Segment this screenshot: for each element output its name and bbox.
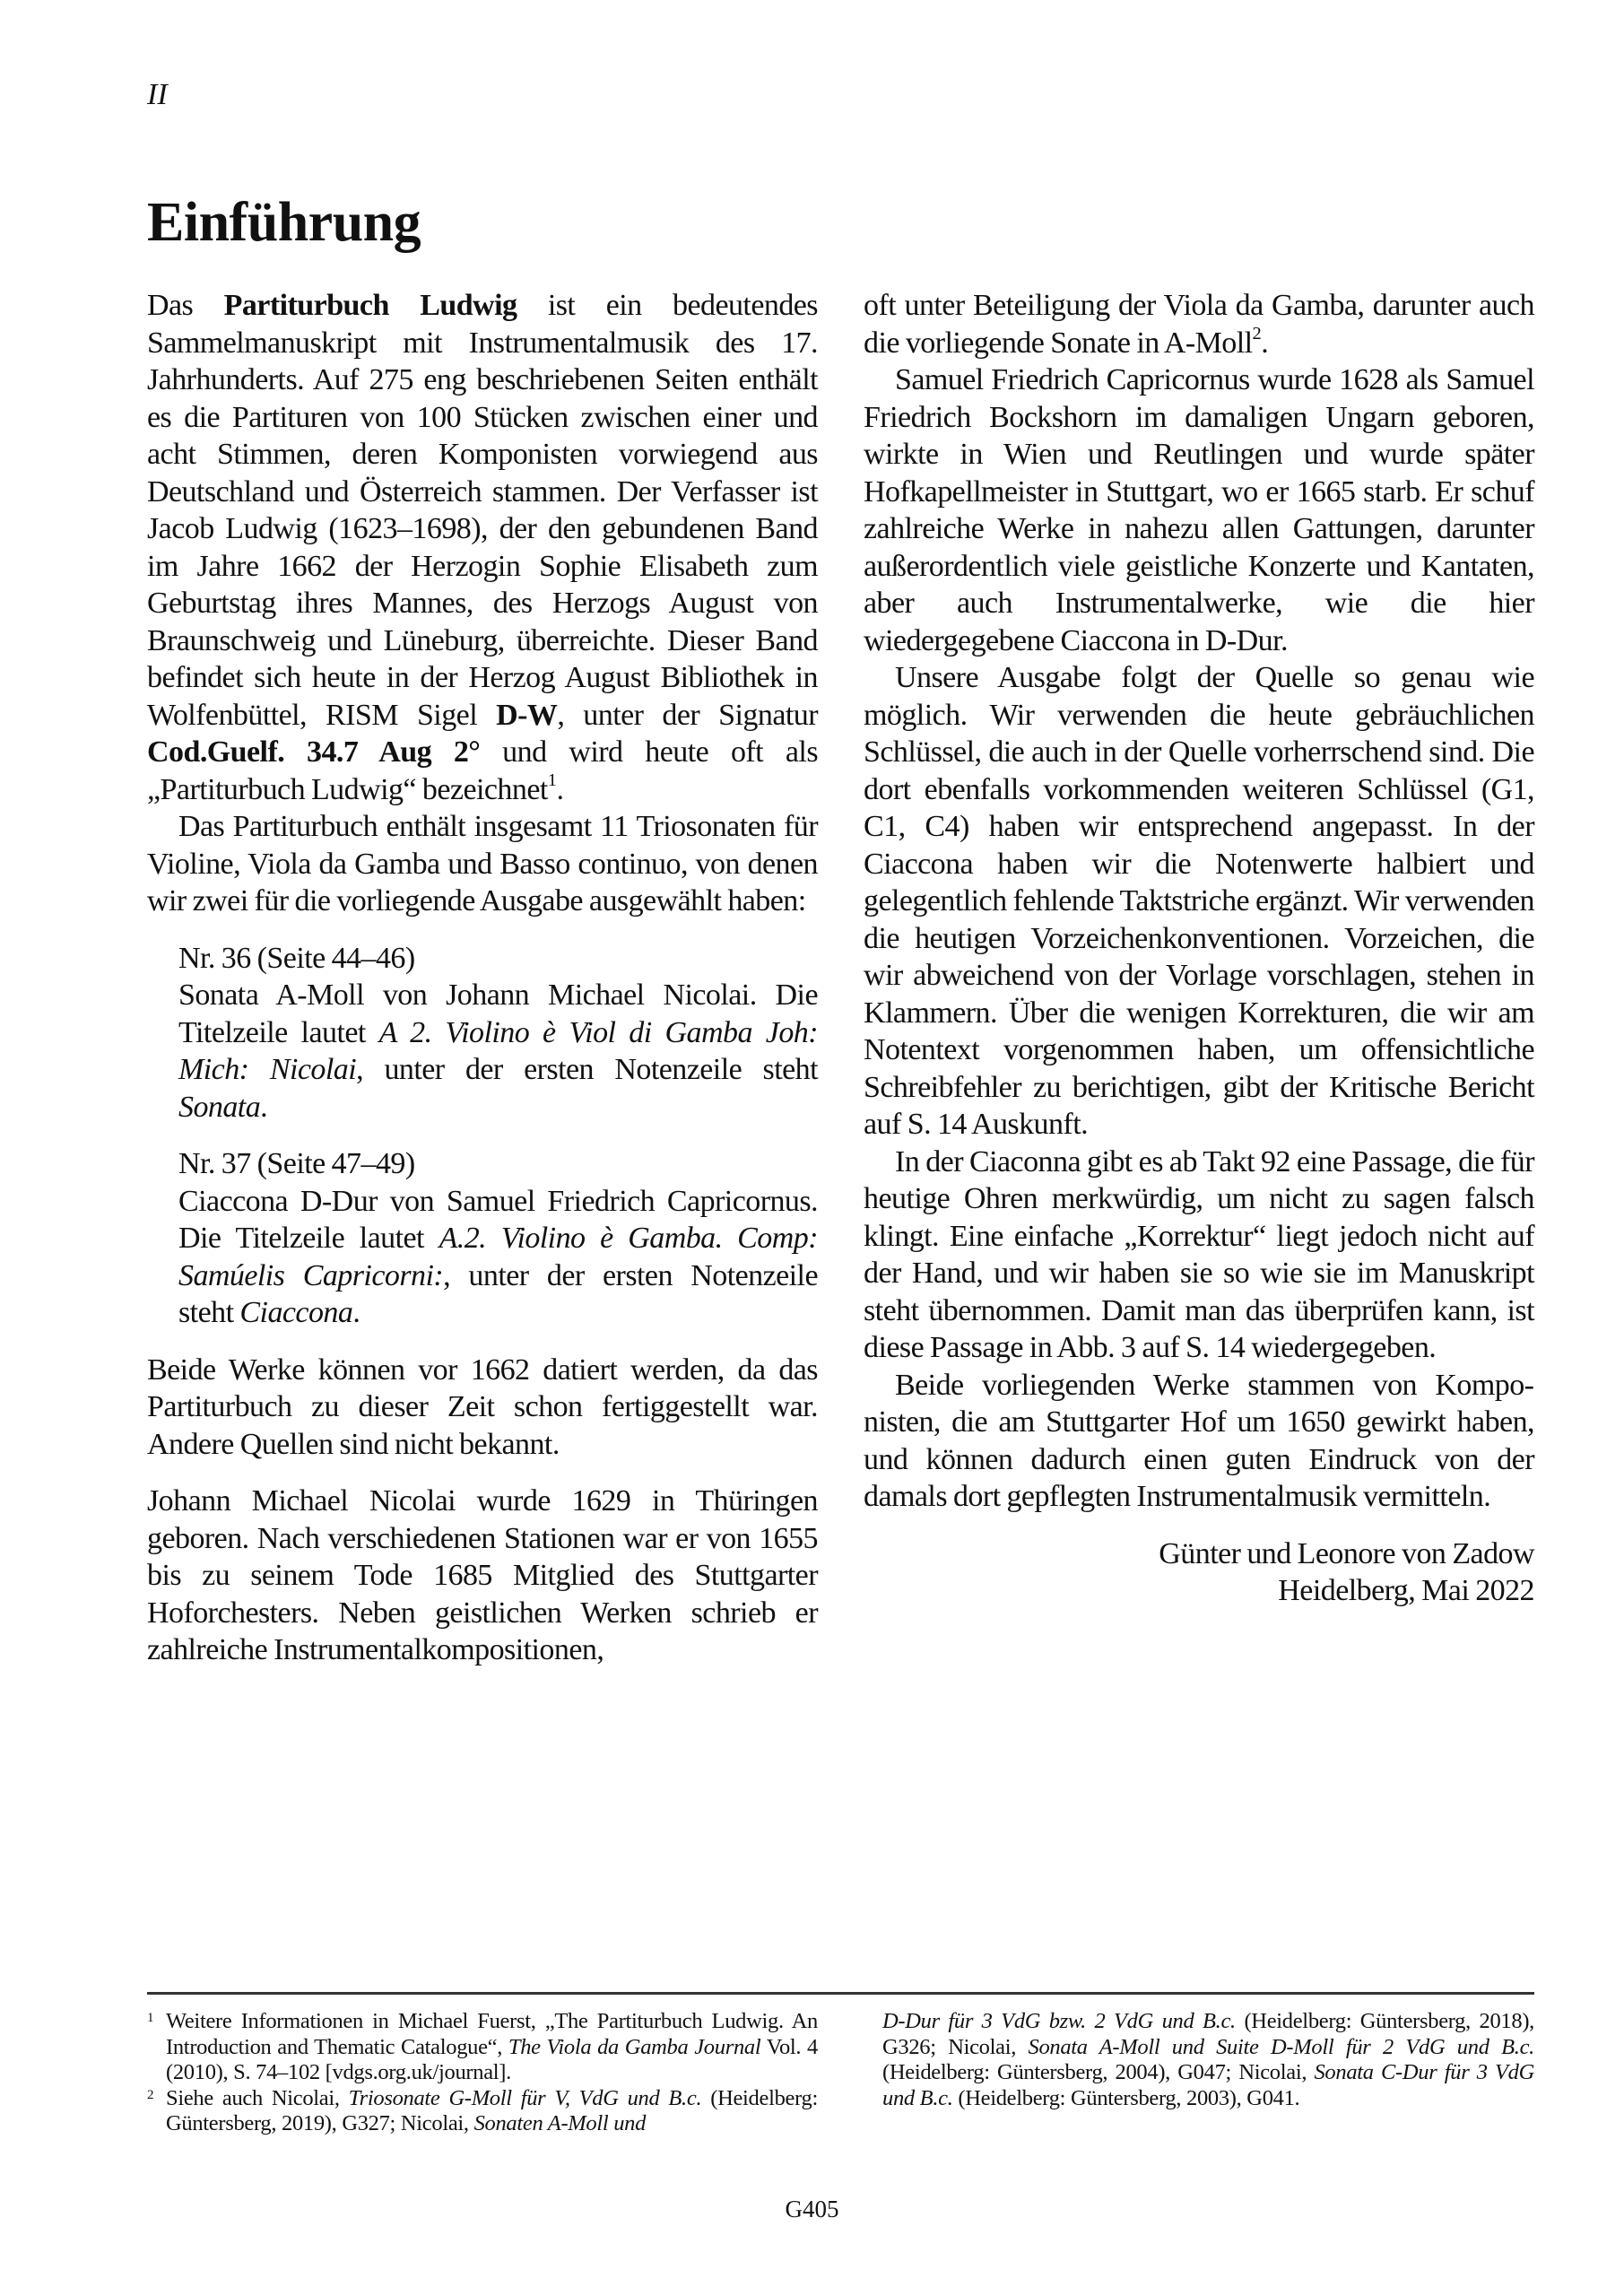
triosonaten-paragraph: Das Partiturbuch enthält insgesamt 11 Tr…: [147, 808, 818, 920]
intro-paragraph: Das Partiturbuch Ludwig ist ein bedeuten…: [147, 287, 818, 808]
signature: Günter und Leonore von Zadow Heidelberg,…: [864, 1535, 1534, 1610]
dating-paragraph: Beide Werke können vor 1662 datiert werd…: [147, 1352, 818, 1464]
work-list-item: Nr. 37 (Seite 47–49) Ciaccona D-Dur von …: [178, 1145, 818, 1332]
footnote-2-continued: D-Dur für 3 VdG bzw. 2 VdG und B.c. (Hei…: [864, 2009, 1534, 2111]
work-list-item: Nr. 36 (Seite 44–46) Sonata A-Moll von J…: [178, 940, 818, 1126]
manuscript-name: Partiturbuch Ludwig: [224, 289, 517, 322]
page-title: Einführung: [147, 190, 421, 255]
footnotes-right: D-Dur für 3 VdG bzw. 2 VdG und B.c. (Hei…: [864, 2009, 1534, 2111]
capricornus-bio-paragraph: Samuel Friedrich Capricornus wurde 1628 …: [864, 361, 1534, 659]
work-number: Nr. 36 (Seite 44–46): [178, 940, 818, 978]
work-description: Sonata A-Moll von Johann Michael Nicolai…: [178, 977, 818, 1126]
footnote-mark: 1: [147, 2005, 153, 2031]
signature-authors: Günter und Leonore von Zadow: [864, 1535, 1534, 1573]
page-code: G405: [0, 2196, 1624, 2222]
footnote-ref-1[interactable]: 1: [548, 770, 557, 790]
work-description: Ciaccona D-Dur von Samuel Friedrich Capr…: [178, 1183, 818, 1332]
footnote-mark: 2: [147, 2083, 153, 2109]
nicolai-bio-continued: oft unter Beteiligung der Viola da Gamba…: [864, 287, 1534, 361]
right-column: oft unter Beteiligung der Viola da Gamba…: [864, 287, 1534, 1610]
footnote-ref-2[interactable]: 2: [1253, 324, 1262, 344]
running-page-number: II: [147, 77, 168, 113]
footnote-2: 2Siehe auch Nicolai, Triosonate G-Moll f…: [147, 2086, 818, 2137]
footnotes-left: 1Weitere Informationen in Michael Fuerst…: [147, 2009, 818, 2137]
ciaconna-passage-paragraph: In der Ciaconna gibt es ab Takt 92 eine …: [864, 1144, 1534, 1367]
rism-siglum: D-W: [496, 699, 557, 732]
footnote-1: 1Weitere Informationen in Michael Fuerst…: [147, 2009, 818, 2086]
nicolai-bio-paragraph: Johann Michael Nicolai wurde 1629 in Thü…: [147, 1483, 818, 1669]
work-number: Nr. 37 (Seite 47–49): [178, 1145, 818, 1183]
edition-notes-paragraph: Unsere Ausgabe folgt der Quelle so genau…: [864, 659, 1534, 1144]
signature-place-date: Heidelberg, Mai 2022: [864, 1572, 1534, 1610]
footnote-divider: [147, 1992, 1534, 1995]
closing-paragraph: Beide vorliegenden Werke stammen von Kom…: [864, 1367, 1534, 1516]
left-column: Das Partiturbuch Ludwig ist ein bedeuten…: [147, 287, 818, 1669]
shelfmark: Cod.Guelf. 34.7 Aug 2°: [147, 735, 480, 769]
